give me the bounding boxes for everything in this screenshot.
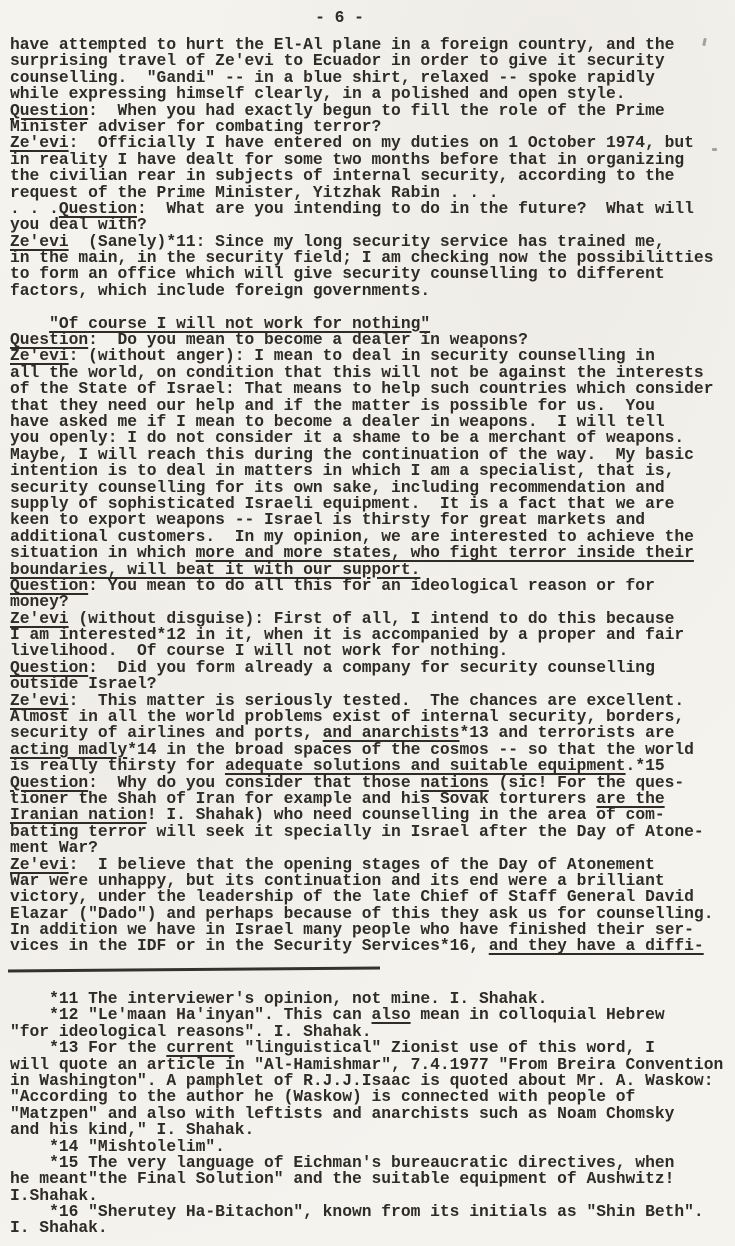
text-run: I. Shahak. — [10, 1218, 108, 1237]
underlined-text: and they have a diffi- — [489, 936, 704, 955]
text-line: factors, which include foreign governmen… — [10, 283, 713, 299]
text-line: Question: You mean to do all this for an… — [10, 578, 713, 594]
text-run: : You mean to do all this for an ideolog… — [88, 576, 655, 595]
document-body: have attempted to hurt the El-Al plane i… — [10, 37, 713, 955]
document-page: - 6 - have attempted to hurt the El-Al p… — [0, 0, 735, 1246]
text-run: he meant"the Final Solution" and the sui… — [10, 1169, 674, 1188]
text-run: : Did you form already a company for sec… — [88, 658, 655, 677]
footnote-separator — [8, 967, 380, 973]
text-run: mean in colloquial Hebrew — [411, 1005, 665, 1024]
text-line: I. Shahak. — [10, 1220, 723, 1236]
footnotes: *11 The interviewer's opinion, not mine.… — [10, 991, 723, 1237]
text-run: batting terror will seek it specially in… — [10, 822, 704, 841]
scan-speck-icon — [712, 148, 717, 151]
text-run: vices in the IDF or in the Security Serv… — [10, 936, 489, 955]
text-run: : What are you intending to do in the fu… — [137, 199, 694, 218]
text-run: factors, which include foreign governmen… — [10, 281, 430, 300]
text-line: *16 "Sherutey Ha-Bitachon", known from i… — [10, 1204, 723, 1220]
text-line: batting terror will seek it specially in… — [10, 824, 713, 840]
text-line: vices in the IDF or in the Security Serv… — [10, 938, 713, 954]
page-number: - 6 - — [0, 8, 707, 27]
underlined-text: also — [372, 1005, 411, 1024]
text-run: *16 "Sherutey Ha-Bitachon", known from i… — [10, 1202, 704, 1221]
text-line: he meant"the Final Solution" and the sui… — [10, 1171, 723, 1187]
